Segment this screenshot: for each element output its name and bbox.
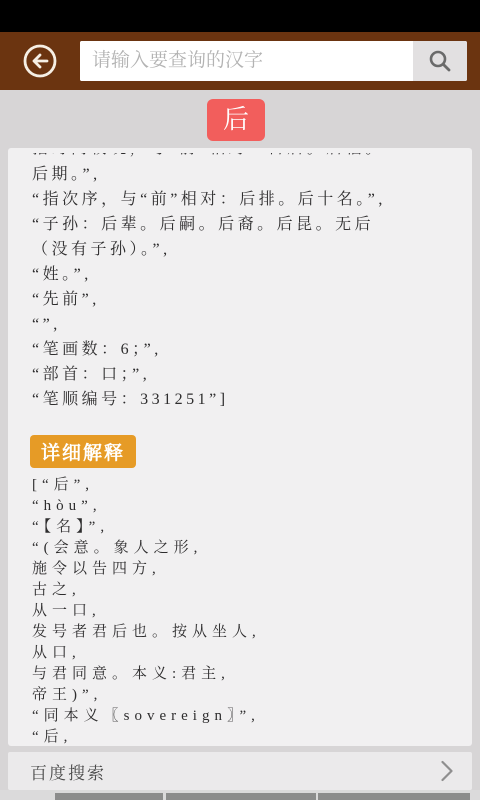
search-input[interactable] [80, 41, 413, 81]
entry-line: “笔顺编号：331251”] [32, 387, 458, 412]
entry-line: 帝王)”, [32, 685, 458, 706]
entry-line: “(会意。象人之形, [32, 538, 458, 559]
app-screen: 后 指时间较晚，与“前”相对：日后。后福。 后期。”, “指次序，与“前”相对：… [0, 0, 480, 800]
chevron-right-icon [440, 759, 454, 783]
back-arrow-icon [22, 43, 58, 79]
entry-line: 后期。”, [32, 162, 458, 187]
section-badge: 详细解释 [30, 435, 136, 468]
entry-line: “同本义〖sovereign〗”, [32, 706, 458, 727]
search-button[interactable] [413, 41, 467, 81]
entry-line: “部首：口；”, [32, 362, 458, 387]
search-icon [427, 48, 453, 74]
entry-line: “姓。”, [32, 262, 458, 287]
entry-line: “”, [32, 312, 458, 337]
baidu-search-bar[interactable]: 百度搜索 [8, 752, 472, 790]
nav-hint[interactable] [166, 793, 316, 800]
status-bar [0, 0, 480, 32]
entry-card[interactable]: 指时间较晚，与“前”相对：日后。后福。 后期。”, “指次序，与“前”相对：后排… [8, 148, 472, 746]
entry-line: 从一口, [32, 601, 458, 622]
entry-line: 与君同意。本义:君主, [32, 664, 458, 685]
entry-line: “指次序，与“前”相对：后排。后十名。”, [32, 187, 458, 212]
header [0, 32, 480, 90]
entry-line: 发号者君后也。按从坐人, [32, 622, 458, 643]
entry-line: 施令以告四方, [32, 559, 458, 580]
entry-line: “子孙：后辈。后嗣。后裔。后昆。无后 [32, 212, 458, 237]
entry-line: [“后”, [32, 475, 458, 496]
nav-hint-bar [0, 790, 480, 800]
entry-line: （没有子孙）。”, [32, 237, 458, 262]
entry-line: 古之, [32, 580, 458, 601]
nav-hint[interactable] [318, 793, 470, 800]
nav-hint[interactable] [55, 793, 163, 800]
entry-line: “笔画数：6；”, [32, 337, 458, 362]
baidu-search-label: 百度搜索 [30, 759, 106, 784]
entry-line: “后, [32, 727, 458, 746]
entry-line: “先前”, [32, 287, 458, 312]
char-badge: 后 [207, 99, 265, 141]
entry-line: “【名】”, [32, 517, 458, 538]
entry-line: 从口, [32, 643, 458, 664]
entry-line: “hòu”, [32, 496, 458, 517]
back-button[interactable] [22, 43, 58, 79]
entry-line-clipped: 指时间较晚，与“前”相对：日后。后福。 [32, 153, 458, 162]
search-bar [80, 41, 467, 81]
